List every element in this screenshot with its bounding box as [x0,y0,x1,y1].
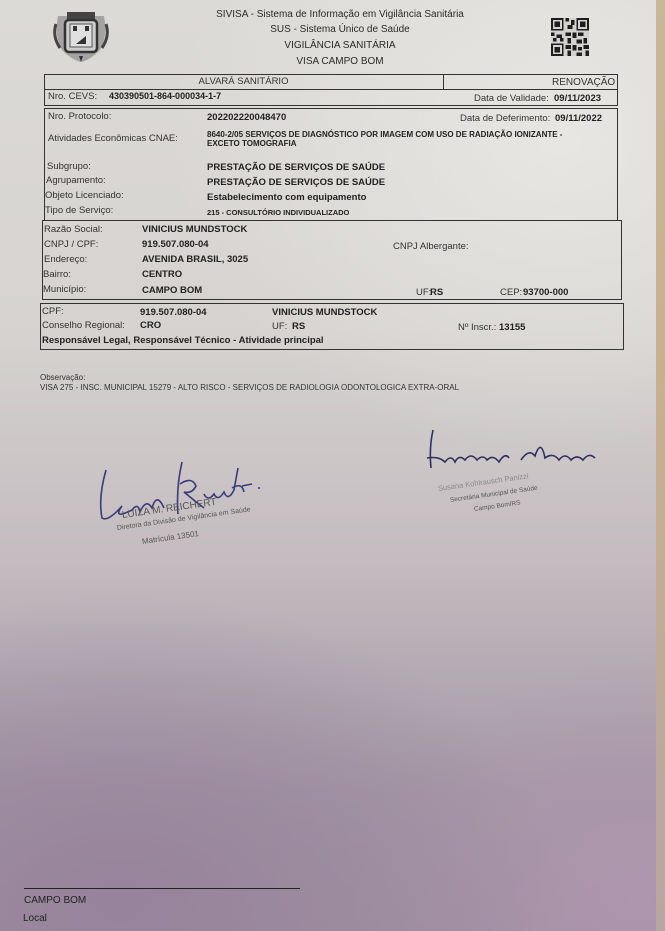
header-visa: VIGILÂNCIA SANITÁRIA [150,40,530,51]
signature-right-icon [425,428,600,478]
district-label: Bairro: [43,269,71,280]
city-value: CAMPO BOM [142,285,202,296]
registration-label: Nº Inscr.: [458,322,496,333]
responsible-uf-value: RS [292,321,305,332]
cevs-label: Nro. CEVS: [48,91,97,102]
city-label: Município: [43,284,86,295]
cep-label: CEP: [500,287,522,298]
signature-line [24,888,300,889]
approval-date: 09/11/2022 [555,113,602,124]
observation-label: Observação: [40,373,85,382]
protocol-value: 202202220048470 [207,112,286,123]
company-value: VINICIUS MUNDSTOCK [142,224,247,235]
validity-label: Data de Validade: [474,93,549,104]
footer-city: CAMPO BOM [24,895,86,906]
uf-value: RS [430,287,443,298]
host-cnpj-label: CNPJ Albergante: [393,241,469,252]
service-type-label: Tipo de Serviço: [45,205,113,216]
cnae-value-line1: 8640-2/05 SERVIÇOS DE DIAGNÓSTICO POR IM… [207,130,562,139]
grouping-value: PRESTAÇÃO DE SERVIÇOS DE SAÚDE [207,177,385,188]
cnae-label: Atividades Econômicas CNAE: [48,133,178,144]
subgroup-label: Subgrupo: [47,161,91,172]
registration-value: 13155 [499,322,525,333]
responsible-name: VINICIUS MUNDSTOCK [272,307,377,318]
district-value: CENTRO [142,269,182,280]
approval-label: Data de Deferimento: [460,113,550,124]
responsible-uf-label: UF: [272,321,287,332]
cevs-value: 430390501-864-000034-1-7 [109,91,221,101]
divider [443,74,444,89]
company-label: Razão Social: [44,224,103,235]
council-label: Conselho Regional: [42,320,125,331]
cep-value: 93700-000 [523,287,568,298]
object-value: Estabelecimento com equipamento [207,192,366,203]
responsible-role: Responsável Legal, Responsável Técnico -… [42,335,324,346]
observation-text: VISA 275 - INSC. MUNICIPAL 15279 - ALTO … [40,383,459,392]
header-sus: SUS - Sistema Único de Saúde [150,24,530,35]
grouping-label: Agrupamento: [46,175,106,186]
table-edge [656,0,665,931]
service-type-value: 215 - CONSULTÓRIO INDIVIDUALIZADO [207,208,349,217]
address-label: Endereço: [44,254,87,265]
request-type: RENOVAÇÃO [552,77,615,88]
subgroup-value: PRESTAÇÃO DE SERVIÇOS DE SAÚDE [207,162,385,173]
header-system-name: SIVISA - Sistema de Informação em Vigilâ… [150,9,530,20]
object-label: Objeto Licenciado: [45,190,124,201]
protocol-label: Nro. Protocolo: [48,111,111,122]
header-municipality: VISA CAMPO BOM [150,56,530,67]
footer-local-label: Local [23,913,47,924]
council-value: CRO [140,320,161,331]
doc-label: CNPJ / CPF: [44,239,98,250]
cnae-value-line2: EXCETO TOMOGRAFIA [207,139,297,148]
coat-of-arms-icon [50,6,112,64]
cpf-value: 919.507.080-04 [140,307,207,318]
doc-value: 919.507.080-04 [142,239,209,250]
cpf-label: CPF: [42,306,64,317]
validity-date: 09/11/2023 [554,93,601,104]
address-value: AVENIDA BRASIL, 3025 [142,254,248,265]
document-type: ALVARÁ SANITÁRIO [44,76,443,87]
divider [44,89,618,90]
qr-code-icon [551,18,589,56]
